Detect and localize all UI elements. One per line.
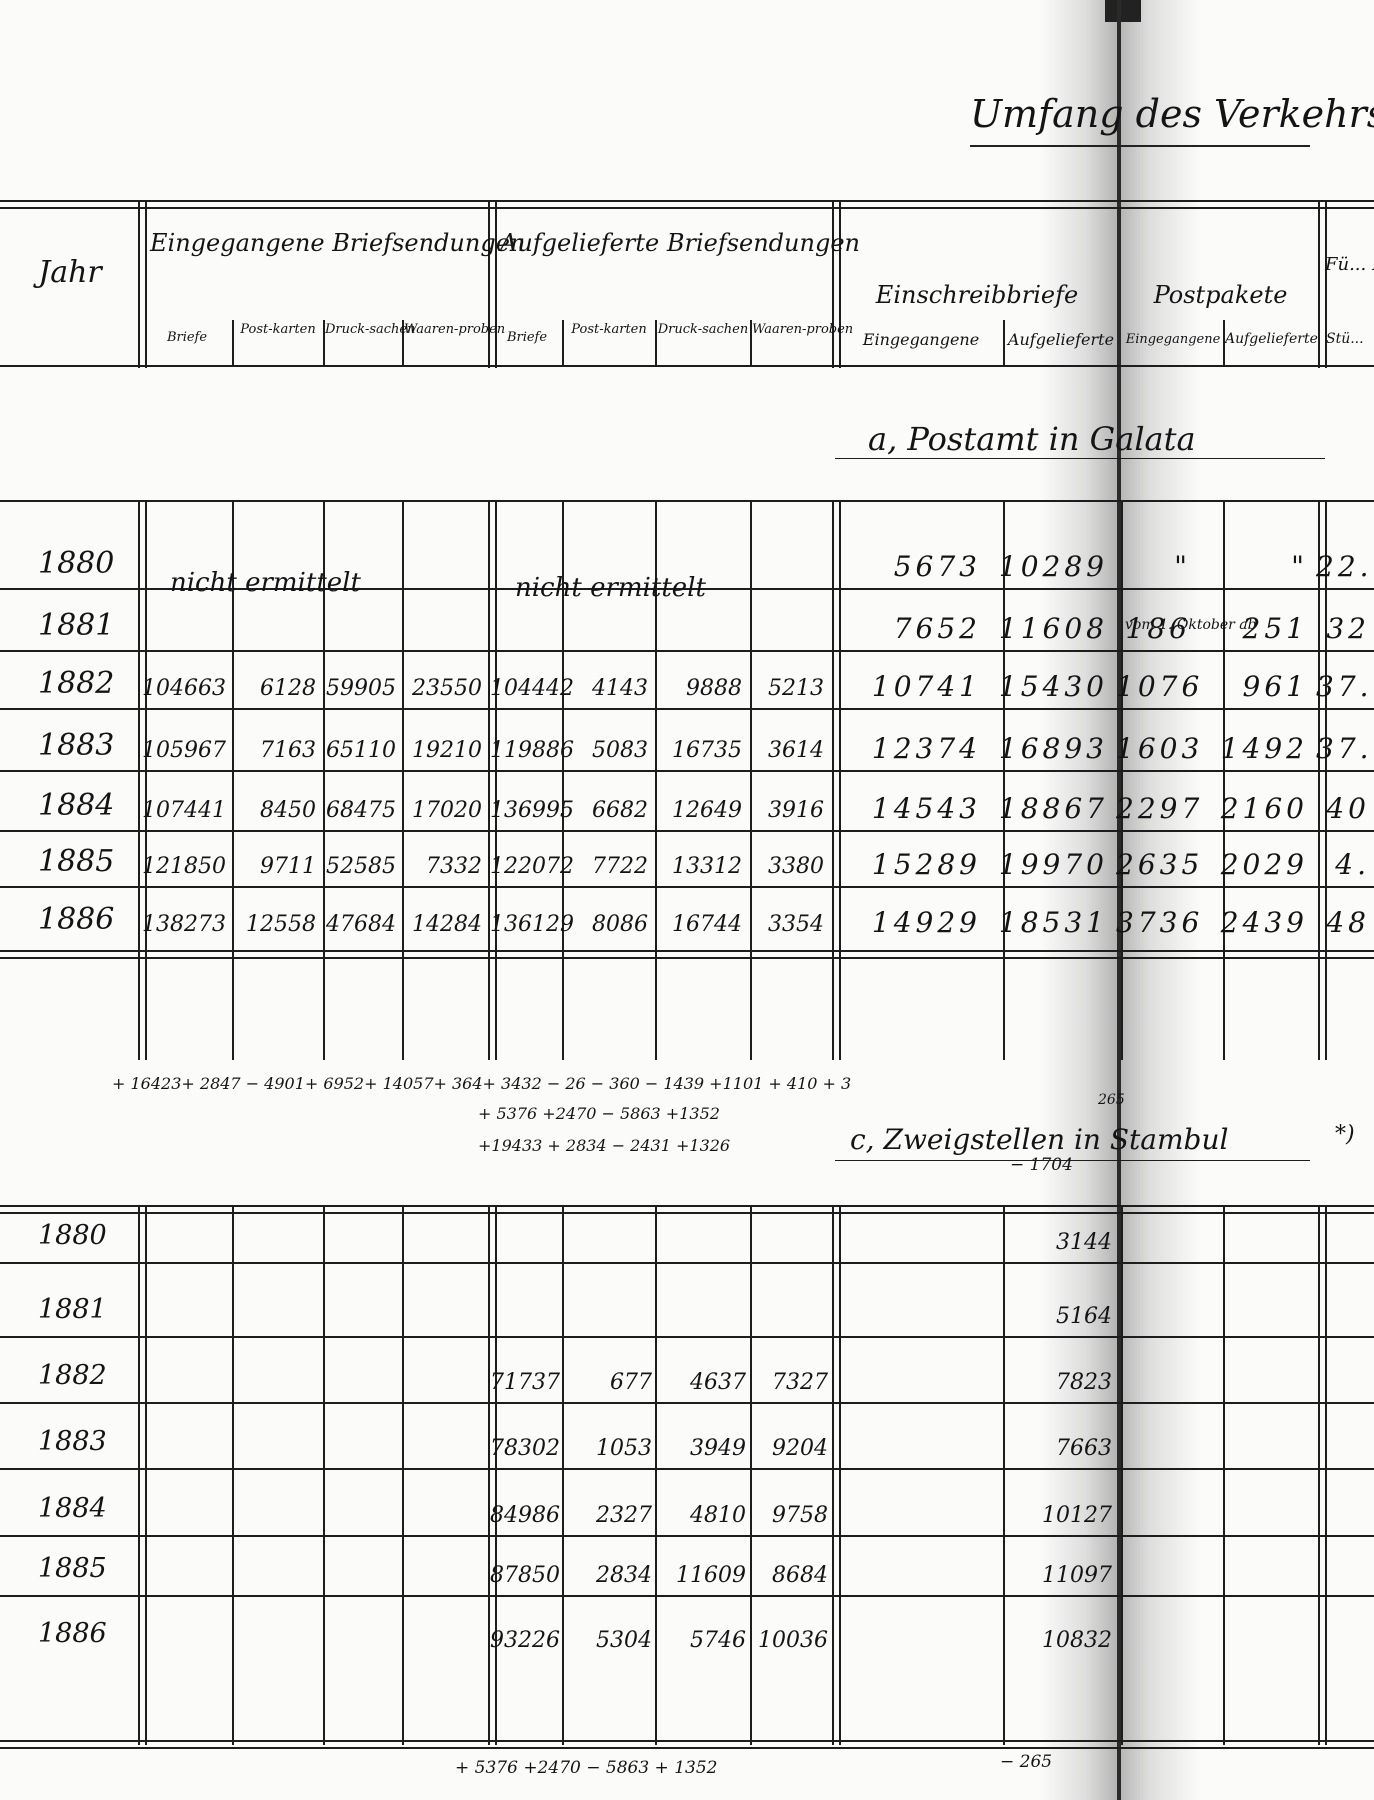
header-bottom-rule	[0, 365, 1374, 367]
row-rule	[0, 650, 1374, 652]
table-cell: 3354	[750, 912, 824, 937]
table-cell: 6128	[234, 676, 316, 701]
col-divider	[832, 500, 841, 1060]
diff-line-1: + 16423+ 2847 − 4901+ 6952+ 14057+ 364+ …	[112, 1074, 851, 1093]
not-determined-incoming: nicht ermittelt	[170, 568, 361, 598]
table-cell: 7327	[752, 1370, 828, 1395]
year-label: 1880	[38, 1220, 107, 1251]
table-cell: 9204	[752, 1436, 828, 1461]
table-cell: 2635	[1116, 848, 1191, 881]
table-cell: 2029	[1199, 848, 1308, 881]
year-label: 1880	[38, 546, 114, 581]
table-cell: 1053	[564, 1436, 652, 1461]
table-cell: 136129	[490, 912, 556, 937]
col-divider	[1318, 1205, 1327, 1745]
table-cell: 59905	[324, 676, 396, 701]
diff-line-2: + 5376 +2470 − 5863 +1352	[478, 1104, 720, 1123]
sub-postcards: Post-karten	[234, 322, 322, 337]
year-label: 1886	[38, 902, 114, 937]
row-rule	[0, 1595, 1374, 1597]
table-cell: 2439	[1199, 906, 1308, 939]
table-cell: 5304	[564, 1628, 652, 1653]
table-cell: 2834	[564, 1563, 652, 1588]
year-label: 1881	[38, 608, 114, 643]
table-cell: 87850	[490, 1563, 560, 1588]
table-cell: 19970	[989, 848, 1108, 881]
col-divider	[750, 1205, 752, 1745]
table-cell: 19210	[404, 738, 482, 763]
year-label: 1885	[38, 1553, 107, 1584]
table-cell: 11608	[989, 612, 1108, 645]
table-cell: 18531	[989, 906, 1108, 939]
section-c-marker: *)	[1335, 1122, 1355, 1147]
table-cell: 104663	[140, 676, 226, 701]
header-outgoing: Aufgelieferte Briefsendungen	[500, 228, 825, 258]
year-label: 1884	[38, 788, 114, 823]
col-divider	[1121, 1205, 1123, 1745]
diff-line-3: +19433 + 2834 − 2431 +1326	[478, 1136, 730, 1155]
col-divider	[488, 1205, 497, 1745]
row-rule	[0, 1262, 1374, 1264]
section-c-diff-reg: − 265	[1000, 1752, 1052, 1772]
header-incoming: Eingegangene Briefsendungen	[150, 228, 480, 258]
table-cell: 136995	[490, 798, 556, 823]
table-cell: 40	[1316, 792, 1370, 825]
table-cell: 5213	[750, 676, 824, 701]
header-parcels: Postpakete	[1128, 280, 1313, 310]
table-cell: 16735	[656, 738, 742, 763]
table-cell: 15289	[832, 848, 981, 881]
year-label: 1883	[38, 1426, 107, 1457]
table-cell: 32	[1316, 612, 1370, 645]
col-divider	[402, 500, 404, 1060]
col-divider	[1003, 1205, 1005, 1745]
table-cell: 16744	[656, 912, 742, 937]
table-cell: 5164	[1005, 1304, 1112, 1329]
table-cell: 677	[564, 1370, 652, 1395]
table-cell: 52585	[324, 854, 396, 879]
note-265: 265	[1098, 1092, 1125, 1108]
table-cell: 7663	[1005, 1436, 1112, 1461]
col-divider	[750, 500, 752, 1060]
row-rule	[0, 950, 1374, 959]
table-cell: 3614	[750, 738, 824, 763]
row-rule	[0, 1535, 1374, 1537]
table-cell: 78302	[490, 1436, 560, 1461]
table-cell: 14929	[832, 906, 981, 939]
table-cell: 3949	[657, 1436, 746, 1461]
year-label: 1882	[38, 1360, 107, 1391]
sub-received: Eingegangene	[1124, 332, 1222, 347]
section-a-underline	[835, 458, 1325, 459]
ledger-page: Umfang des Verkehrs Jahr Eingegangene Br…	[0, 0, 1374, 1800]
table-cell: 48	[1316, 906, 1370, 939]
table-cell: 9888	[656, 676, 742, 701]
col-divider	[832, 1205, 841, 1745]
title-underline	[970, 145, 1310, 147]
table-cell: 105967	[140, 738, 226, 763]
table-cell: 7823	[1005, 1370, 1112, 1395]
table-cell: 15430	[989, 670, 1108, 703]
sub-samples: Waaren-proben	[404, 322, 486, 337]
row-rule	[0, 1336, 1374, 1338]
col-divider	[1121, 500, 1123, 1060]
table-cell: 14284	[404, 912, 482, 937]
row-rule	[0, 1468, 1374, 1470]
col-divider	[1223, 500, 1225, 1060]
table-cell: 37.	[1316, 732, 1370, 765]
table-cell: 68475	[324, 798, 396, 823]
row-rule	[0, 770, 1374, 772]
row-rule	[0, 708, 1374, 710]
section-a-label: a, Postamt in Galata	[868, 420, 1196, 458]
table-cell: 10127	[1005, 1503, 1112, 1528]
table-cell: 961	[1199, 670, 1308, 703]
table-cell: 18867	[989, 792, 1108, 825]
table-cell: 2327	[564, 1503, 652, 1528]
col-divider	[488, 500, 497, 1060]
table-cell: 1076	[1116, 670, 1191, 703]
section-c-diff-line: + 5376 +2470 − 5863 + 1352	[455, 1758, 717, 1778]
table-cell: 1492	[1199, 732, 1308, 765]
table-cell: 71737	[490, 1370, 560, 1395]
section-c-underline	[835, 1160, 1310, 1161]
sub-printed: Druck-sachen	[325, 322, 401, 337]
table-cell: 12558	[234, 912, 316, 937]
table-cell: 84986	[490, 1503, 560, 1528]
not-determined-outgoing: nicht ermittelt	[515, 573, 706, 603]
table-cell: 6682	[564, 798, 648, 823]
table-cell: 10036	[752, 1628, 828, 1653]
table-cell: 23550	[404, 676, 482, 701]
sub-printed: Druck-sachen	[657, 322, 749, 337]
year-label: 1886	[38, 1618, 107, 1649]
col-divider	[655, 1205, 657, 1745]
col-divider	[1318, 500, 1327, 1060]
table-top-rule	[0, 500, 1374, 502]
table-cell: 5083	[564, 738, 648, 763]
table-cell: 12649	[656, 798, 742, 823]
year-label: 1882	[38, 666, 114, 701]
table-cell: 122072	[490, 854, 556, 879]
table-cell: 10741	[832, 670, 981, 703]
sub-postcards: Post-karten	[564, 322, 654, 337]
table-cell: 4143	[564, 676, 648, 701]
sub-received: Eingegangene	[840, 332, 1002, 347]
table-top-rule	[0, 1205, 1374, 1214]
table-cell: "	[1116, 550, 1191, 583]
table-cell: 8086	[564, 912, 648, 937]
col-divider	[1223, 1205, 1225, 1745]
note-1704: − 1704	[1010, 1155, 1073, 1175]
table-cell: 12374	[832, 732, 981, 765]
row-rule	[0, 886, 1374, 888]
page-title: Umfang des Verkehrs	[970, 92, 1374, 136]
table-cell: 11097	[1005, 1563, 1112, 1588]
col-divider	[562, 1205, 564, 1745]
table-cell: 107441	[140, 798, 226, 823]
col-divider	[402, 1205, 404, 1745]
col-divider	[1003, 500, 1005, 1060]
table-cell: 17020	[404, 798, 482, 823]
table-cell: 22.	[1316, 550, 1370, 583]
table-cell: 104442	[490, 676, 556, 701]
binding-tab	[1105, 0, 1141, 22]
sub-letters: Briefe	[143, 330, 231, 345]
table-cell: 13312	[656, 854, 742, 879]
table-cell: 4810	[657, 1503, 746, 1528]
table-cell: "	[1199, 550, 1308, 583]
table-cell: 10289	[989, 550, 1108, 583]
sub-delivered: Aufgelieferte	[1225, 332, 1317, 347]
table-cell: 3144	[1005, 1230, 1112, 1255]
table-cell: 4.	[1316, 848, 1370, 881]
col-divider	[138, 1205, 147, 1745]
table-cell: 138273	[140, 912, 226, 937]
table-cell: 121850	[140, 854, 226, 879]
table-cell: 10832	[1005, 1628, 1112, 1653]
table-cell: 1603	[1116, 732, 1191, 765]
table-cell: 7332	[404, 854, 482, 879]
year-label: 1881	[38, 1294, 107, 1325]
table-cell: 3916	[750, 798, 824, 823]
table-cell: 2297	[1116, 792, 1191, 825]
table-cell: 5673	[832, 550, 981, 583]
header-registered: Einschreibbriefe	[842, 280, 1112, 310]
section-c-label: c, Zweigstellen in Stambul	[850, 1123, 1228, 1156]
table-cell: 4637	[657, 1370, 746, 1395]
col-divider	[138, 500, 147, 1060]
table-cell: 7652	[832, 612, 981, 645]
table-cell: 5746	[657, 1628, 746, 1653]
table-cell: 3380	[750, 854, 824, 879]
sub-samples: Waaren-proben	[752, 322, 832, 337]
year-label: 1884	[38, 1493, 107, 1524]
table-cell: 11609	[657, 1563, 746, 1588]
row-rule	[0, 1402, 1374, 1404]
sub-partial: Stü...	[1326, 332, 1374, 347]
table-cell: 9758	[752, 1503, 828, 1528]
table-cell: 8450	[234, 798, 316, 823]
table-cell: 7163	[234, 738, 316, 763]
table-cell: 8684	[752, 1563, 828, 1588]
table-cell: 3736	[1116, 906, 1191, 939]
sub-delivered: Aufgelieferte	[1005, 332, 1117, 347]
year-label: 1883	[38, 728, 114, 763]
row-rule	[0, 1740, 1374, 1749]
table-cell: 16893	[989, 732, 1108, 765]
row-rule	[0, 830, 1374, 832]
col-divider	[232, 1205, 234, 1745]
header-year: Jahr	[20, 258, 120, 288]
parcels-note: vom 1. Oktober ab	[1125, 617, 1257, 633]
sub-letters: Briefe	[494, 330, 560, 345]
header-next-partial: Fü... Posta...	[1325, 250, 1374, 280]
year-label: 1885	[38, 844, 114, 879]
table-cell: 14543	[832, 792, 981, 825]
table-cell: 9711	[234, 854, 316, 879]
table-cell: 2160	[1199, 792, 1308, 825]
table-cell: 65110	[324, 738, 396, 763]
col-divider	[323, 1205, 325, 1745]
table-cell: 119886	[490, 738, 556, 763]
table-cell: 47684	[324, 912, 396, 937]
table-cell: 93226	[490, 1628, 560, 1653]
table-cell: 7722	[564, 854, 648, 879]
header-top-rule	[0, 200, 1374, 209]
table-cell: 37.	[1316, 670, 1370, 703]
